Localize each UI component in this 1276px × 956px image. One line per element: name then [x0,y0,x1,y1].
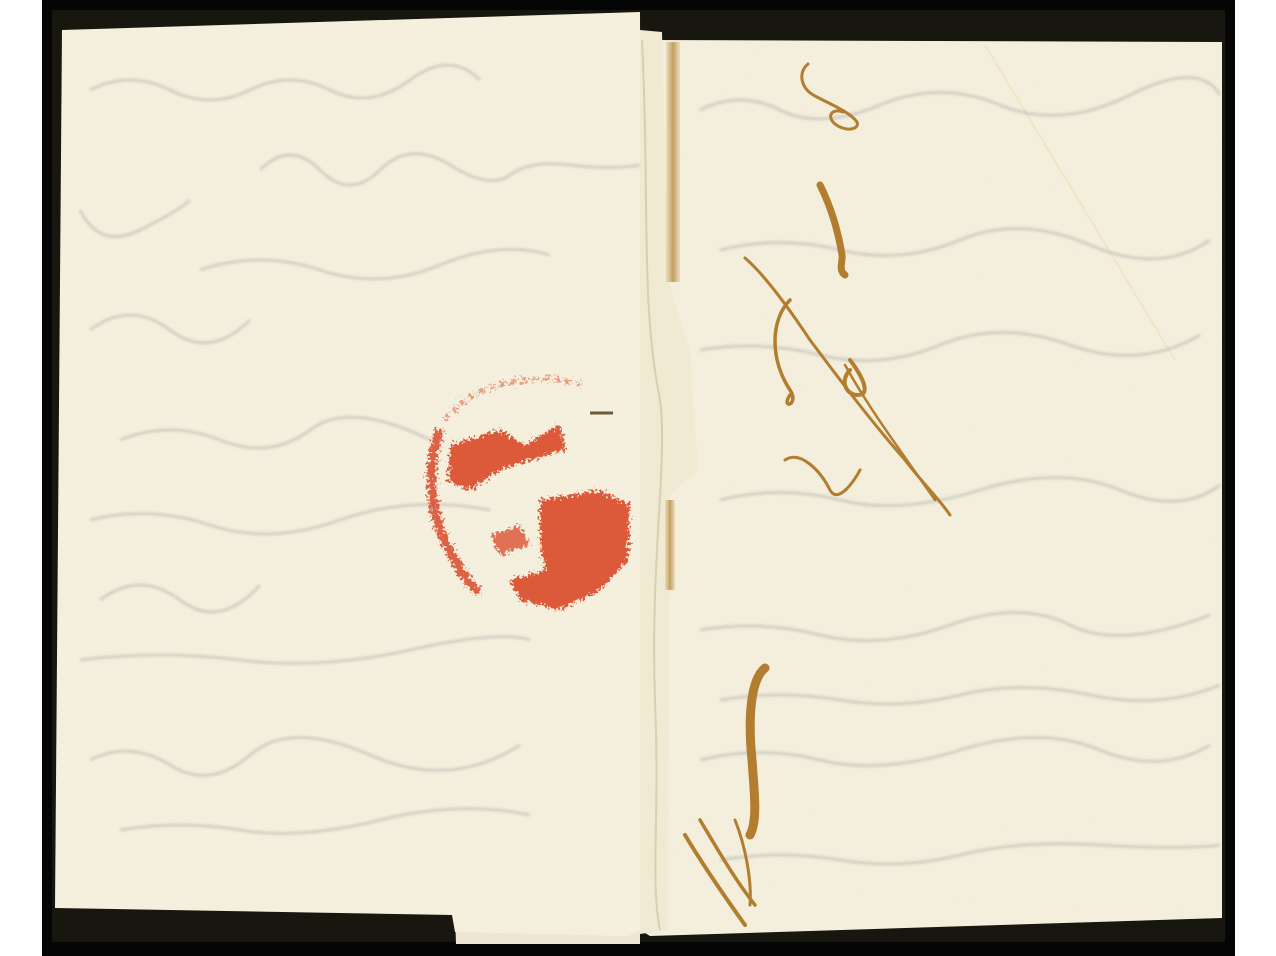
letter-photo [0,0,1276,956]
left-paper-panel [55,12,642,936]
right-paper-panel [640,40,1222,936]
